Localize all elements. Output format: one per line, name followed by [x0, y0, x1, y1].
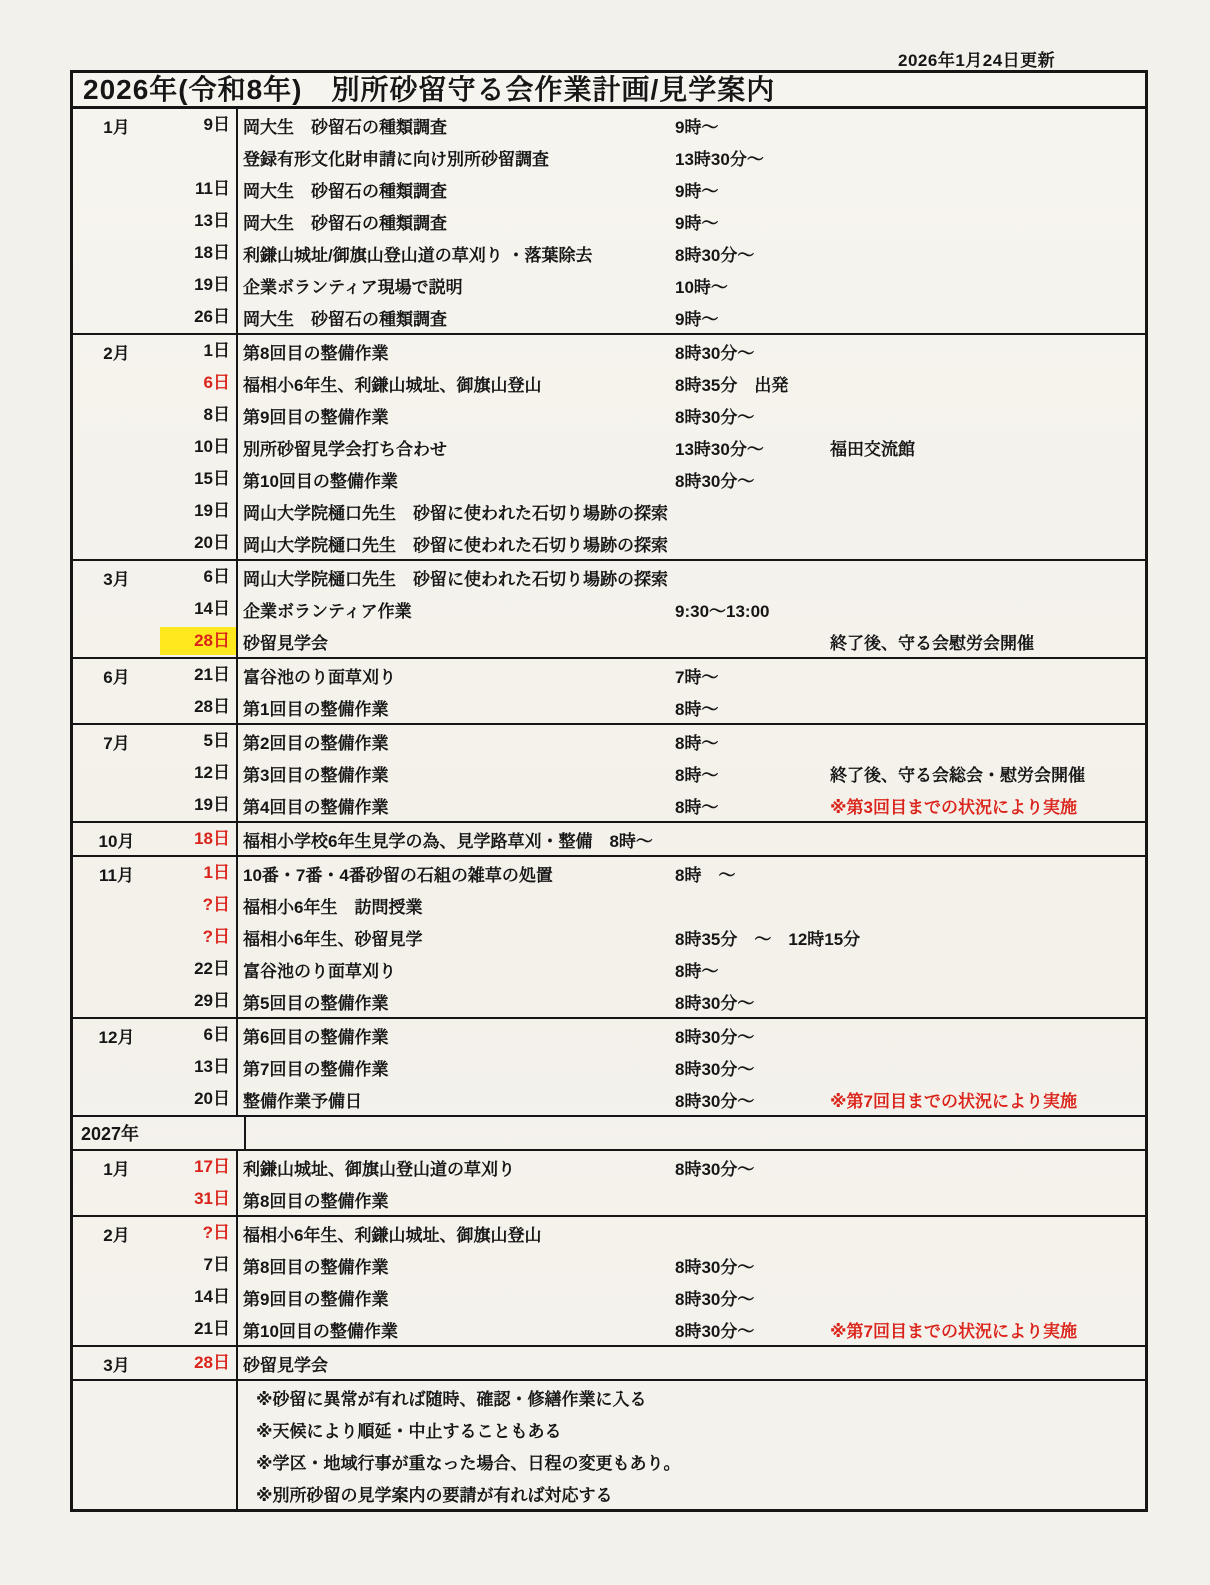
month-cell: 10月 — [73, 827, 160, 852]
day-cell: 6日 — [160, 1021, 236, 1049]
activity-text: 福相小6年生、利鎌山城址、御旗山登山 — [243, 371, 541, 396]
month-section: 2月?日福相小6年生、利鎌山城址、御旗山登山7日第8回目の整備作業8時30分〜1… — [73, 1217, 1145, 1347]
activity-cell: 別所砂留見学会打ち合わせ13時30分〜福田交流館 — [236, 431, 1145, 463]
time-text: 13時30分〜 — [675, 145, 764, 170]
activity-text: 第8回目の整備作業 — [243, 1253, 388, 1278]
day-cell: 1日 — [160, 337, 236, 365]
day-cell: 8日 — [160, 401, 236, 429]
schedule-row: 31日第8回目の整備作業 — [73, 1183, 1145, 1215]
month-cell: 1月 — [73, 1155, 160, 1180]
month-cell: 7月 — [73, 729, 160, 754]
activity-text: 利鎌山城址、御旗山登山道の草刈り — [243, 1155, 515, 1180]
document-title: 2026年(令和8年) 別所砂留守る会作業計画/見学案内 — [73, 73, 1145, 109]
day-cell: 14日 — [160, 595, 236, 623]
time-text: 8時30分〜 — [675, 1087, 754, 1112]
schedule-row: 2月?日福相小6年生、利鎌山城址、御旗山登山 — [73, 1217, 1145, 1249]
month-section: 3月6日岡山大学院樋口先生 砂留に使われた石切り場跡の探索14日企業ボランティア… — [73, 561, 1145, 659]
schedule-row: 26日岡大生 砂留石の種類調査9時〜 — [73, 301, 1145, 333]
activity-text: 福相小学校6年生見学の為、見学路草刈・整備 8時〜 — [243, 827, 653, 852]
day-cell: 1日 — [160, 859, 236, 887]
day-cell: 18日 — [160, 825, 236, 853]
day-cell: 22日 — [160, 955, 236, 983]
time-text: 8時30分〜 — [675, 1023, 754, 1048]
month-cell: 3月 — [73, 565, 160, 590]
activity-text: 富谷池のり面草刈り — [243, 957, 396, 982]
activity-text: 10番・7番・4番砂留の石組の雑草の処置 — [243, 861, 553, 886]
activity-cell: 岡大生 砂留石の種類調査9時〜 — [236, 205, 1145, 237]
day-cell: 17日 — [160, 1153, 236, 1181]
day-cell: 28日 — [160, 693, 236, 721]
day-cell: 31日 — [160, 1185, 236, 1213]
activity-cell: 岡大生 砂留石の種類調査9時〜 — [236, 173, 1145, 205]
day-cell: 21日 — [160, 1315, 236, 1343]
time-text: 13時30分〜 — [675, 435, 764, 460]
day-cell: 9日 — [160, 111, 236, 139]
time-text: 8時〜 — [675, 793, 718, 818]
activity-cell: 福相小6年生 訪問授業 — [236, 889, 1145, 921]
activity-cell: 10番・7番・4番砂留の石組の雑草の処置8時 〜 — [236, 857, 1145, 889]
time-text: 8時〜 — [675, 957, 718, 982]
time-text: 9時〜 — [675, 113, 718, 138]
activity-text: 第8回目の整備作業 — [243, 339, 388, 364]
schedule-row: 14日第9回目の整備作業8時30分〜 — [73, 1281, 1145, 1313]
schedule-row: 11月1日10番・7番・4番砂留の石組の雑草の処置8時 〜 — [73, 857, 1145, 889]
schedule-row: 6日福相小6年生、利鎌山城址、御旗山登山8時35分 出発 — [73, 367, 1145, 399]
time-text: 8時30分〜 — [675, 241, 754, 266]
schedule-row: 18日利鎌山城址/御旗山登山道の草刈り ・落葉除去8時30分〜 — [73, 237, 1145, 269]
activity-cell: 利鎌山城址、御旗山登山道の草刈り8時30分〜 — [236, 1151, 1145, 1183]
month-section: 7月5日第2回目の整備作業8時〜12日第3回目の整備作業8時〜終了後、守る会総会… — [73, 725, 1145, 823]
activity-text: 企業ボランティア現場で説明 — [243, 273, 463, 298]
activity-cell: 第5回目の整備作業8時30分〜 — [236, 985, 1145, 1017]
day-cell: ?日 — [160, 891, 236, 919]
footnote-text: ※学区・地域行事が重なった場合、日程の変更もあり。 — [256, 1449, 681, 1474]
month-cell: 3月 — [73, 1351, 160, 1376]
activity-text: 登録有形文化財申請に向け別所砂留調査 — [243, 145, 549, 170]
day-cell — [160, 1479, 236, 1507]
schedule-row: 13日第7回目の整備作業8時30分〜 — [73, 1051, 1145, 1083]
day-cell: 28日 — [160, 627, 236, 655]
schedule-row: 10日別所砂留見学会打ち合わせ13時30分〜福田交流館 — [73, 431, 1145, 463]
note-text: 終了後、守る会総会・慰労会開催 — [830, 761, 1085, 786]
activity-text: 第10回目の整備作業 — [243, 467, 398, 492]
activity-cell: 利鎌山城址/御旗山登山道の草刈り ・落葉除去8時30分〜 — [236, 237, 1145, 269]
day-cell — [160, 143, 236, 171]
activity-text: 岡大生 砂留石の種類調査 — [243, 305, 447, 330]
schedule-row: 19日第4回目の整備作業8時〜※第3回目までの状況により実施 — [73, 789, 1145, 821]
month-cell: 2月 — [73, 1221, 160, 1246]
time-text: 10時〜 — [675, 273, 728, 298]
activity-cell: 岡大生 砂留石の種類調査9時〜 — [236, 301, 1145, 333]
activity-text: 岡大生 砂留石の種類調査 — [243, 113, 447, 138]
time-text: 8時30分〜 — [675, 339, 754, 364]
activity-text: 第5回目の整備作業 — [243, 989, 388, 1014]
month-section: 11月1日10番・7番・4番砂留の石組の雑草の処置8時 〜?日福相小6年生 訪問… — [73, 857, 1145, 1019]
day-cell — [168, 1119, 244, 1147]
time-text: 8時35分 〜 12時15分 — [675, 925, 860, 950]
day-cell: 15日 — [160, 465, 236, 493]
day-cell: 29日 — [160, 987, 236, 1015]
day-cell — [160, 1415, 236, 1443]
schedule-row: 15日第10回目の整備作業8時30分〜 — [73, 463, 1145, 495]
month-cell: 2月 — [73, 339, 160, 364]
schedule-row: 2027年 — [73, 1117, 1145, 1149]
schedule-row: 2月1日第8回目の整備作業8時30分〜 — [73, 335, 1145, 367]
activity-text: 岡大生 砂留石の種類調査 — [243, 177, 447, 202]
time-text: 7時〜 — [675, 663, 718, 688]
schedule-row: 3月28日砂留見学会 — [73, 1347, 1145, 1379]
activity-text: 第7回目の整備作業 — [243, 1055, 388, 1080]
day-cell: 20日 — [160, 1085, 236, 1113]
footnote-cell: ※砂留に異常が有れば随時、確認・修繕作業に入る — [236, 1381, 1145, 1413]
activity-text: 第9回目の整備作業 — [243, 1285, 388, 1310]
activity-cell: 第7回目の整備作業8時30分〜 — [236, 1051, 1145, 1083]
schedule-row: 20日岡山大学院樋口先生 砂留に使われた石切り場跡の探索 — [73, 527, 1145, 559]
schedule-row: 1月17日利鎌山城址、御旗山登山道の草刈り8時30分〜 — [73, 1151, 1145, 1183]
schedule-row: 6月21日富谷池のり面草刈り7時〜 — [73, 659, 1145, 691]
day-cell: 20日 — [160, 529, 236, 557]
time-text: 8時〜 — [675, 695, 718, 720]
activity-cell: 福相小6年生、利鎌山城址、御旗山登山 — [236, 1217, 1145, 1249]
note-text: ※第7回目までの状況により実施 — [830, 1087, 1077, 1112]
time-text: 8時 〜 — [675, 861, 735, 886]
activity-cell: 第9回目の整備作業8時30分〜 — [236, 1281, 1145, 1313]
month-cell: 11月 — [73, 861, 160, 886]
schedule-sections: 1月9日岡大生 砂留石の種類調査9時〜登録有形文化財申請に向け別所砂留調査13時… — [73, 109, 1145, 1509]
schedule-row: ?日福相小6年生、砂留見学8時35分 〜 12時15分 — [73, 921, 1145, 953]
schedule-row: 7月5日第2回目の整備作業8時〜 — [73, 725, 1145, 757]
schedule-row: 3月6日岡山大学院樋口先生 砂留に使われた石切り場跡の探索 — [73, 561, 1145, 593]
day-cell: 21日 — [160, 661, 236, 689]
schedule-row: 22日富谷池のり面草刈り8時〜 — [73, 953, 1145, 985]
update-date: 2026年1月24日更新 — [898, 46, 1055, 71]
day-cell: ?日 — [160, 923, 236, 951]
activity-text: 福相小6年生 訪問授業 — [243, 893, 422, 918]
activity-text: 岡山大学院樋口先生 砂留に使われた石切り場跡の探索 — [243, 531, 668, 556]
schedule-row: 14日企業ボランティア作業9:30〜13:00 — [73, 593, 1145, 625]
time-text: 8時35分 出発 — [675, 371, 788, 396]
activity-cell: 岡山大学院樋口先生 砂留に使われた石切り場跡の探索 — [236, 561, 1145, 593]
activity-text: 整備作業予備日 — [243, 1087, 362, 1112]
time-text: 8時〜 — [675, 729, 718, 754]
activity-cell: 岡山大学院樋口先生 砂留に使われた石切り場跡の探索 — [236, 527, 1145, 559]
time-text: 8時30分〜 — [675, 403, 754, 428]
activity-text: 第3回目の整備作業 — [243, 761, 388, 786]
month-section: 1月17日利鎌山城址、御旗山登山道の草刈り8時30分〜31日第8回目の整備作業 — [73, 1151, 1145, 1217]
day-cell — [160, 1383, 236, 1411]
footnotes-section: ※砂留に異常が有れば随時、確認・修繕作業に入る※天候により順延・中止することもあ… — [73, 1381, 1145, 1509]
footnote-row: ※天候により順延・中止することもある — [73, 1413, 1145, 1445]
schedule-row: 21日第10回目の整備作業8時30分〜※第7回目までの状況により実施 — [73, 1313, 1145, 1345]
month-section: 10月18日福相小学校6年生見学の為、見学路草刈・整備 8時〜 — [73, 823, 1145, 857]
schedule-row: 12月6日第6回目の整備作業8時30分〜 — [73, 1019, 1145, 1051]
time-text: 8時30分〜 — [675, 1285, 754, 1310]
activity-cell: 第9回目の整備作業8時30分〜 — [236, 399, 1145, 431]
day-cell — [160, 1447, 236, 1475]
activity-cell: 富谷池のり面草刈り7時〜 — [236, 659, 1145, 691]
month-section: 2月1日第8回目の整備作業8時30分〜6日福相小6年生、利鎌山城址、御旗山登山8… — [73, 335, 1145, 561]
activity-text: 第9回目の整備作業 — [243, 403, 388, 428]
schedule-row: 1月9日岡大生 砂留石の種類調査9時〜 — [73, 109, 1145, 141]
activity-text: 岡山大学院樋口先生 砂留に使われた石切り場跡の探索 — [243, 499, 668, 524]
activity-text: 岡大生 砂留石の種類調査 — [243, 209, 447, 234]
time-text: 9:30〜13:00 — [675, 597, 770, 622]
schedule-table: 2026年(令和8年) 別所砂留守る会作業計画/見学案内 1月9日岡大生 砂留石… — [70, 70, 1148, 1512]
footnote-row: ※別所砂留の見学案内の要請が有れば対応する — [73, 1477, 1145, 1509]
footnote-text: ※天候により順延・中止することもある — [256, 1417, 562, 1442]
activity-cell: 福相小6年生、利鎌山城址、御旗山登山8時35分 出発 — [236, 367, 1145, 399]
month-cell: 1月 — [73, 113, 160, 138]
time-text: 8時30分〜 — [675, 1317, 754, 1342]
day-cell: 7日 — [160, 1251, 236, 1279]
activity-cell: 企業ボランティア現場で説明10時〜 — [236, 269, 1145, 301]
day-cell: 11日 — [160, 175, 236, 203]
activity-cell: 岡山大学院樋口先生 砂留に使われた石切り場跡の探索 — [236, 495, 1145, 527]
activity-cell: 第8回目の整備作業8時30分〜 — [236, 1249, 1145, 1281]
day-cell: 6日 — [160, 563, 236, 591]
schedule-row: 20日整備作業予備日8時30分〜※第7回目までの状況により実施 — [73, 1083, 1145, 1115]
activity-text: 砂留見学会 — [243, 629, 328, 654]
day-cell: 13日 — [160, 1053, 236, 1081]
activity-cell: 砂留見学会終了後、守る会慰労会開催 — [236, 625, 1145, 657]
day-cell: 5日 — [160, 727, 236, 755]
time-text: 9時〜 — [675, 209, 718, 234]
activity-text: 第4回目の整備作業 — [243, 793, 388, 818]
activity-text: 利鎌山城址/御旗山登山道の草刈り ・落葉除去 — [243, 241, 592, 266]
schedule-row: 19日企業ボランティア現場で説明10時〜 — [73, 269, 1145, 301]
activity-text: 企業ボランティア作業 — [243, 597, 412, 622]
activity-cell: 第10回目の整備作業8時30分〜※第7回目までの状況により実施 — [236, 1313, 1145, 1345]
day-cell: 18日 — [160, 239, 236, 267]
activity-cell: 第3回目の整備作業8時〜終了後、守る会総会・慰労会開催 — [236, 757, 1145, 789]
activity-cell: 第2回目の整備作業8時〜 — [236, 725, 1145, 757]
note-text: 終了後、守る会慰労会開催 — [830, 629, 1034, 654]
activity-text: 別所砂留見学会打ち合わせ — [243, 435, 447, 460]
time-text: 9時〜 — [675, 305, 718, 330]
month-cell: 6月 — [73, 663, 160, 688]
schedule-row: 登録有形文化財申請に向け別所砂留調査13時30分〜 — [73, 141, 1145, 173]
day-cell: 26日 — [160, 303, 236, 331]
year-label: 2027年 — [73, 1120, 168, 1146]
month-section: 1月9日岡大生 砂留石の種類調査9時〜登録有形文化財申請に向け別所砂留調査13時… — [73, 109, 1145, 335]
day-cell: 28日 — [160, 1349, 236, 1377]
activity-text: 富谷池のり面草刈り — [243, 663, 396, 688]
footnote-row: ※砂留に異常が有れば随時、確認・修繕作業に入る — [73, 1381, 1145, 1413]
activity-cell: 福相小学校6年生見学の為、見学路草刈・整備 8時〜 — [236, 823, 1145, 855]
schedule-row: 10月18日福相小学校6年生見学の為、見学路草刈・整備 8時〜 — [73, 823, 1145, 855]
activity-text: 第1回目の整備作業 — [243, 695, 388, 720]
schedule-row: 19日岡山大学院樋口先生 砂留に使われた石切り場跡の探索 — [73, 495, 1145, 527]
schedule-row: 29日第5回目の整備作業8時30分〜 — [73, 985, 1145, 1017]
activity-cell: 第10回目の整備作業8時30分〜 — [236, 463, 1145, 495]
month-section: 6月21日富谷池のり面草刈り7時〜28日第1回目の整備作業8時〜 — [73, 659, 1145, 725]
footnote-text: ※砂留に異常が有れば随時、確認・修繕作業に入る — [256, 1385, 647, 1410]
scanned-document-page: 2026年1月24日更新 2026年(令和8年) 別所砂留守る会作業計画/見学案… — [0, 0, 1210, 1585]
activity-cell: 第8回目の整備作業 — [236, 1183, 1145, 1215]
activity-text: 第10回目の整備作業 — [243, 1317, 398, 1342]
schedule-row: 12日第3回目の整備作業8時〜終了後、守る会総会・慰労会開催 — [73, 757, 1145, 789]
time-text: 8時30分〜 — [675, 1155, 754, 1180]
activity-cell — [244, 1117, 1145, 1149]
schedule-row: 8日第9回目の整備作業8時30分〜 — [73, 399, 1145, 431]
time-text: 8時〜 — [675, 761, 718, 786]
schedule-row: 28日砂留見学会終了後、守る会慰労会開催 — [73, 625, 1145, 657]
activity-cell: 第1回目の整備作業8時〜 — [236, 691, 1145, 723]
activity-cell: 企業ボランティア作業9:30〜13:00 — [236, 593, 1145, 625]
note-text: ※第3回目までの状況により実施 — [830, 793, 1077, 818]
time-text: 8時30分〜 — [675, 1253, 754, 1278]
time-text: 8時30分〜 — [675, 989, 754, 1014]
footnote-cell: ※天候により順延・中止することもある — [236, 1413, 1145, 1445]
day-cell: ?日 — [160, 1219, 236, 1247]
day-cell: 10日 — [160, 433, 236, 461]
year-section: 2027年 — [73, 1117, 1145, 1151]
activity-cell: 砂留見学会 — [236, 1347, 1145, 1379]
time-text: 8時30分〜 — [675, 1055, 754, 1080]
month-section: 12月6日第6回目の整備作業8時30分〜13日第7回目の整備作業8時30分〜20… — [73, 1019, 1145, 1117]
activity-cell: 第8回目の整備作業8時30分〜 — [236, 335, 1145, 367]
activity-cell: 整備作業予備日8時30分〜※第7回目までの状況により実施 — [236, 1083, 1145, 1115]
activity-cell: 第4回目の整備作業8時〜※第3回目までの状況により実施 — [236, 789, 1145, 821]
activity-cell: 登録有形文化財申請に向け別所砂留調査13時30分〜 — [236, 141, 1145, 173]
activity-cell: 富谷池のり面草刈り8時〜 — [236, 953, 1145, 985]
time-text: 9時〜 — [675, 177, 718, 202]
schedule-row: 13日岡大生 砂留石の種類調査9時〜 — [73, 205, 1145, 237]
activity-cell: 福相小6年生、砂留見学8時35分 〜 12時15分 — [236, 921, 1145, 953]
footnote-cell: ※学区・地域行事が重なった場合、日程の変更もあり。 — [236, 1445, 1145, 1477]
activity-text: 第6回目の整備作業 — [243, 1023, 388, 1048]
activity-cell: 第6回目の整備作業8時30分〜 — [236, 1019, 1145, 1051]
activity-text: 福相小6年生、利鎌山城址、御旗山登山 — [243, 1221, 541, 1246]
schedule-row: 7日第8回目の整備作業8時30分〜 — [73, 1249, 1145, 1281]
time-text: 8時30分〜 — [675, 467, 754, 492]
day-cell: 19日 — [160, 791, 236, 819]
footnote-row: ※学区・地域行事が重なった場合、日程の変更もあり。 — [73, 1445, 1145, 1477]
month-cell: 12月 — [73, 1023, 160, 1048]
day-cell: 14日 — [160, 1283, 236, 1311]
day-cell: 19日 — [160, 271, 236, 299]
day-cell: 13日 — [160, 207, 236, 235]
day-cell: 6日 — [160, 369, 236, 397]
footnote-text: ※別所砂留の見学案内の要請が有れば対応する — [256, 1481, 613, 1506]
activity-cell: 岡大生 砂留石の種類調査9時〜 — [236, 109, 1145, 141]
month-section: 3月28日砂留見学会 — [73, 1347, 1145, 1381]
activity-text: 第2回目の整備作業 — [243, 729, 388, 754]
schedule-row: ?日福相小6年生 訪問授業 — [73, 889, 1145, 921]
activity-text: 岡山大学院樋口先生 砂留に使われた石切り場跡の探索 — [243, 565, 668, 590]
day-cell: 19日 — [160, 497, 236, 525]
note-text: ※第7回目までの状況により実施 — [830, 1317, 1077, 1342]
activity-text: 第8回目の整備作業 — [243, 1187, 388, 1212]
activity-text: 砂留見学会 — [243, 1351, 328, 1376]
day-cell: 12日 — [160, 759, 236, 787]
schedule-row: 11日岡大生 砂留石の種類調査9時〜 — [73, 173, 1145, 205]
note-text: 福田交流館 — [830, 435, 915, 460]
footnote-cell: ※別所砂留の見学案内の要請が有れば対応する — [236, 1477, 1145, 1509]
activity-text: 福相小6年生、砂留見学 — [243, 925, 422, 950]
schedule-row: 28日第1回目の整備作業8時〜 — [73, 691, 1145, 723]
